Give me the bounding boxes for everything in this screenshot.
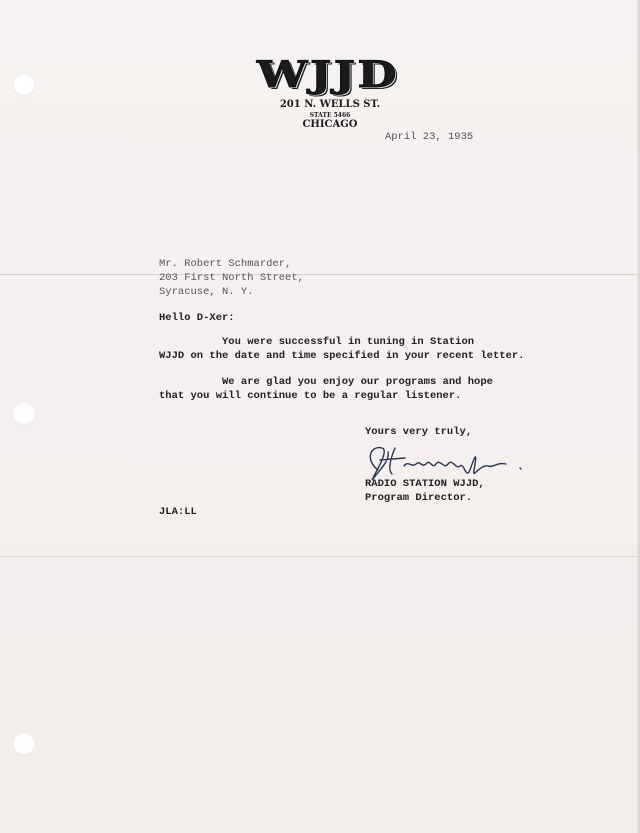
letterhead-phone: STATE 5466	[230, 112, 430, 119]
fold-line	[0, 274, 640, 275]
salutation: Hello D-Xer:	[159, 311, 235, 325]
letterhead-city: CHICAGO	[230, 119, 430, 130]
signature-block: RADIO STATION WJJD,Program Director.	[365, 477, 485, 505]
body-paragraph-2: We are glad you enjoy our programs and h…	[159, 375, 493, 403]
body-line: You were successful in tuning in Station	[159, 335, 524, 349]
punch-hole	[13, 733, 35, 755]
recipient-street: 203 First North Street,	[159, 271, 304, 285]
body-line: that you will continue to be a regular l…	[159, 389, 493, 403]
letter-date: April 23, 1935	[385, 130, 473, 144]
punch-hole	[13, 74, 35, 96]
body-paragraph-1: You were successful in tuning in Station…	[159, 335, 524, 363]
station-logo: WJJD	[226, 55, 431, 95]
complimentary-close: Yours very truly,	[365, 425, 472, 439]
punch-hole	[13, 403, 35, 425]
body-line: WJJD on the date and time specified in y…	[159, 349, 524, 363]
reference-initials: JLA:LL	[159, 505, 197, 519]
letter-page: WJJD 201 N. WELLS ST. STATE 5466 CHICAGO…	[0, 0, 640, 833]
recipient-city: Syracuse, N. Y.	[159, 285, 304, 299]
letterhead-street: 201 N. WELLS ST.	[230, 99, 430, 110]
body-line: We are glad you enjoy our programs and h…	[159, 375, 493, 389]
recipient-name: Mr. Robert Schmarder,	[159, 257, 304, 271]
signer-title: Program Director.	[365, 491, 485, 505]
fold-line	[0, 556, 640, 557]
recipient-address: Mr. Robert Schmarder,203 First North Str…	[159, 257, 304, 299]
signer-organization: RADIO STATION WJJD,	[365, 477, 485, 491]
